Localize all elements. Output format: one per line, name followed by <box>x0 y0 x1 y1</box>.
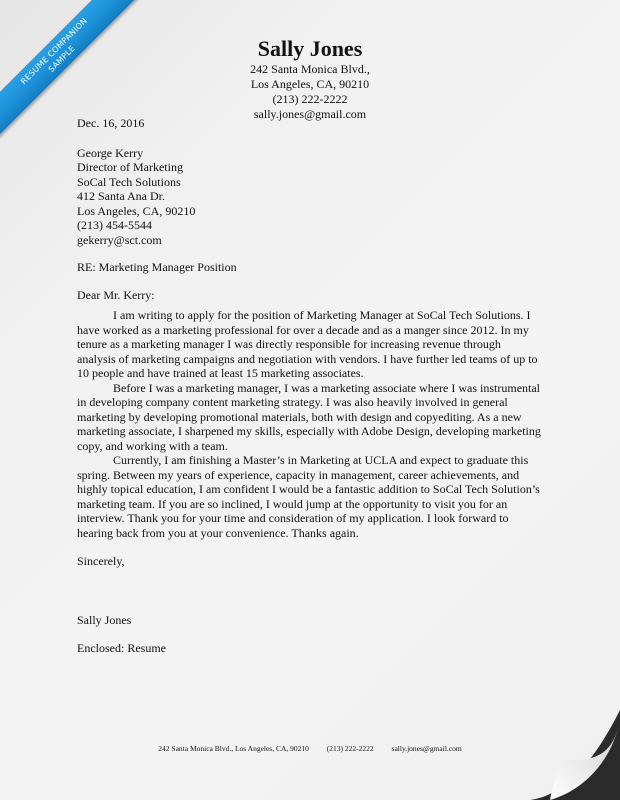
recipient-block: George Kerry Director of Marketing SoCal… <box>77 146 542 248</box>
page-curl-icon <box>530 710 620 800</box>
footer-email: sally.jones@gmail.com <box>392 744 462 753</box>
letter-footer: 242 Santa Monica Blvd., Los Angeles, CA,… <box>0 744 620 753</box>
letter-date: Dec. 16, 2016 <box>77 116 542 131</box>
sender-city: Los Angeles, CA, 90210 <box>0 77 620 92</box>
paragraph-2: Before I was a marketing manager, I was … <box>77 381 542 454</box>
letter-page: RESUME COMPANION SAMPLE Sally Jones 242 … <box>0 0 620 800</box>
recipient-name: George Kerry <box>77 146 542 161</box>
sender-phone: (213) 222-2222 <box>0 92 620 107</box>
sender-address: 242 Santa Monica Blvd., <box>0 62 620 77</box>
paragraph-1: I am writing to apply for the position o… <box>77 308 542 381</box>
recipient-company: SoCal Tech Solutions <box>77 175 542 190</box>
recipient-phone: (213) 454-5544 <box>77 218 542 233</box>
subject-line: RE: Marketing Manager Position <box>77 260 542 275</box>
recipient-city: Los Angeles, CA, 90210 <box>77 204 542 219</box>
enclosure: Enclosed: Resume <box>77 641 542 656</box>
signature: Sally Jones <box>77 613 542 628</box>
sender-name: Sally Jones <box>0 36 620 62</box>
letter-body: Dec. 16, 2016 George Kerry Director of M… <box>77 116 542 656</box>
salutation: Dear Mr. Kerry: <box>77 288 542 303</box>
closing: Sincerely, <box>77 554 542 569</box>
paragraph-3: Currently, I am finishing a Master’s in … <box>77 453 542 540</box>
footer-phone: (213) 222-2222 <box>327 744 374 753</box>
recipient-email: gekerry@sct.com <box>77 233 542 248</box>
footer-address: 242 Santa Monica Blvd., Los Angeles, CA,… <box>158 744 309 753</box>
recipient-street: 412 Santa Ana Dr. <box>77 189 542 204</box>
letter-header: Sally Jones 242 Santa Monica Blvd., Los … <box>0 36 620 122</box>
recipient-title: Director of Marketing <box>77 160 542 175</box>
